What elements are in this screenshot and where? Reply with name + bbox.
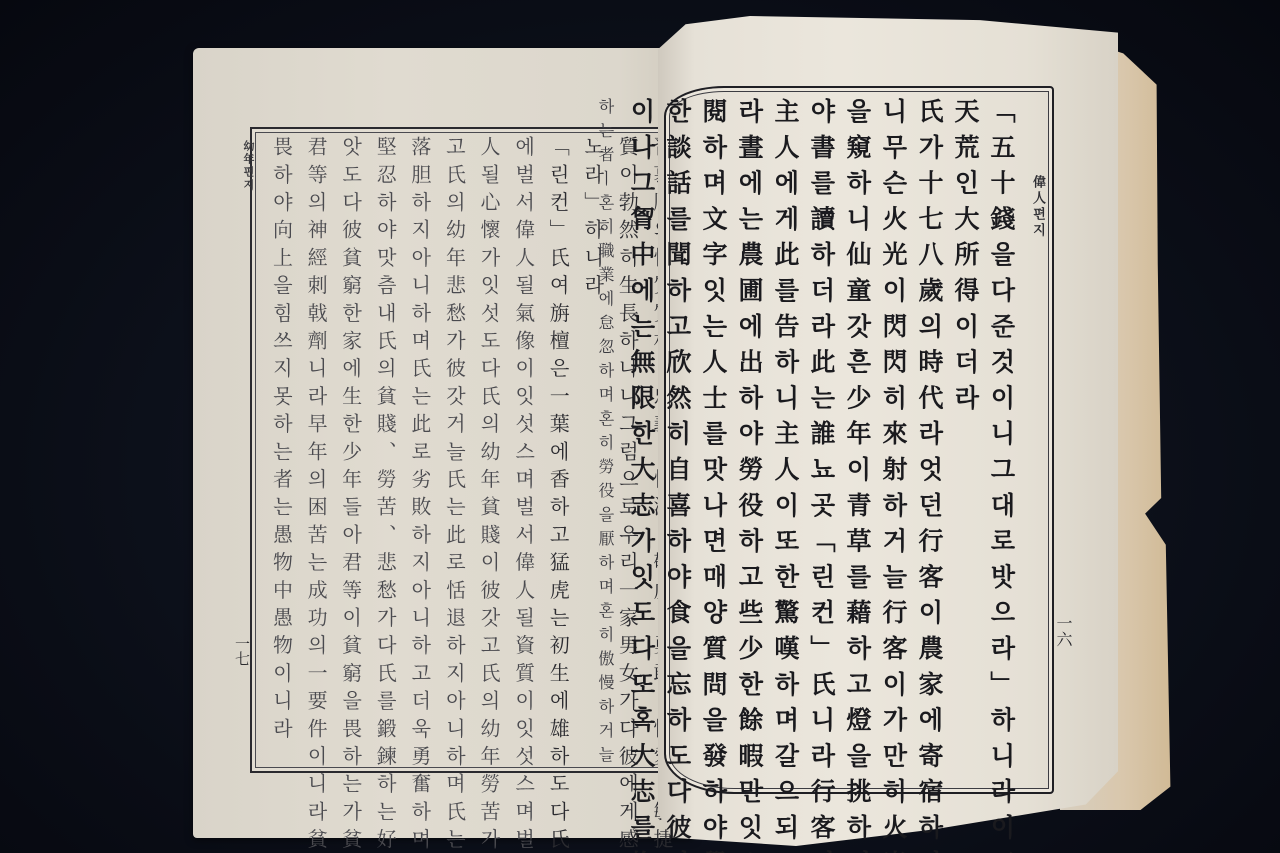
- text-column: 앗도다彼貧窮한家에生한少年들아君等이貧窮을畏하는가貧窮은: [338, 136, 364, 756]
- text-column: 人될心懷가잇섯도다氏의幼年貧賤이彼갓고氏의幼年勞苦가彼갓: [476, 136, 502, 756]
- text-column: 「린컨」氏여旃檀은一葉에香하고猛虎는初生에雄하도다氏가幼年: [545, 136, 571, 756]
- right-running-head: 偉人편지: [1028, 175, 1047, 239]
- text-column: 「五十錢을다준것이니그대로밧으라」하니라이五十錢銀貨가氏의破: [986, 98, 1016, 788]
- text-column: 하는者ㅣ혼히職業에怠忽하며혼히勞役을厭하며혼히傲慢하거늘: [602, 98, 620, 788]
- left-running-head: 幼年편지: [240, 140, 256, 192]
- text-column: 閱하며文字잇는人士를맛나면매양質問을發하야學問、性行에必要: [698, 98, 728, 788]
- text-column: 君等의神經刺戟劑니라早年의困苦는成功의一要件이니라貧窮을: [303, 136, 329, 756]
- text-column: 主人에게此를告하니主人이또한驚嘆하며갈으되「此는我家의僕이: [770, 98, 800, 788]
- text-column: 한談話를聞하고欣然히自喜하야食을忘하도다彼가身은人家의僕: [662, 98, 692, 788]
- text-column: 氏가十七八歲의時代라엇던行客이農家에寄宿하다가厠에往하: [914, 98, 944, 788]
- text-column: 을窺하니仙童갓흔少年이青草를藉하고燈을挑하며兩眼이烱烱하: [842, 98, 872, 788]
- text-column: 畏하야向上을힘쓰지못하는者는愚物中愚物이니라: [268, 136, 294, 756]
- left-page-number: 一七: [232, 636, 253, 666]
- text-column: 에벌서偉人될氣像이잇섯스며벌서偉人될資質이잇섯스며벌서偉: [511, 136, 537, 756]
- text-column: 落胆하지아니하며氏는此로劣敗하지아니하고더욱勇奮하며더욱: [407, 136, 433, 756]
- text-column: 니무슨火光이閃閃히來射하거늘行客이가만히火光의出하는一室: [878, 98, 908, 788]
- text-column: 이나그胷中에는無限한大志가잇도다또혹大志를抱하고學問을向: [626, 98, 656, 788]
- text-column: 고氏의幼年悲愁가彼갓거늘氏는此로恬退하지아니하며氏는此로: [441, 136, 467, 756]
- text-column: 야書를讀하더라此는誰뇨곳「린컨」氏니라行客이驚嘆하고그翌朝에: [806, 98, 836, 788]
- text-column: 堅忍하야맛츰내氏의貧賤、勞苦、悲愁가다氏를鍛鍊하는好資料가되: [372, 136, 398, 756]
- text-column: 天荒인大所得이더라: [950, 98, 980, 788]
- right-page-number: 一六: [1052, 615, 1075, 647]
- right-page-text: 「五十錢을다준것이니그대로밧으라」하니라이五十錢銀貨가氏의破 天荒인大所得이더라…: [666, 98, 1016, 788]
- text-column: 라晝에는農圃에出하야勞役하고些少한餘暇만잇스면반드시書를: [734, 98, 764, 788]
